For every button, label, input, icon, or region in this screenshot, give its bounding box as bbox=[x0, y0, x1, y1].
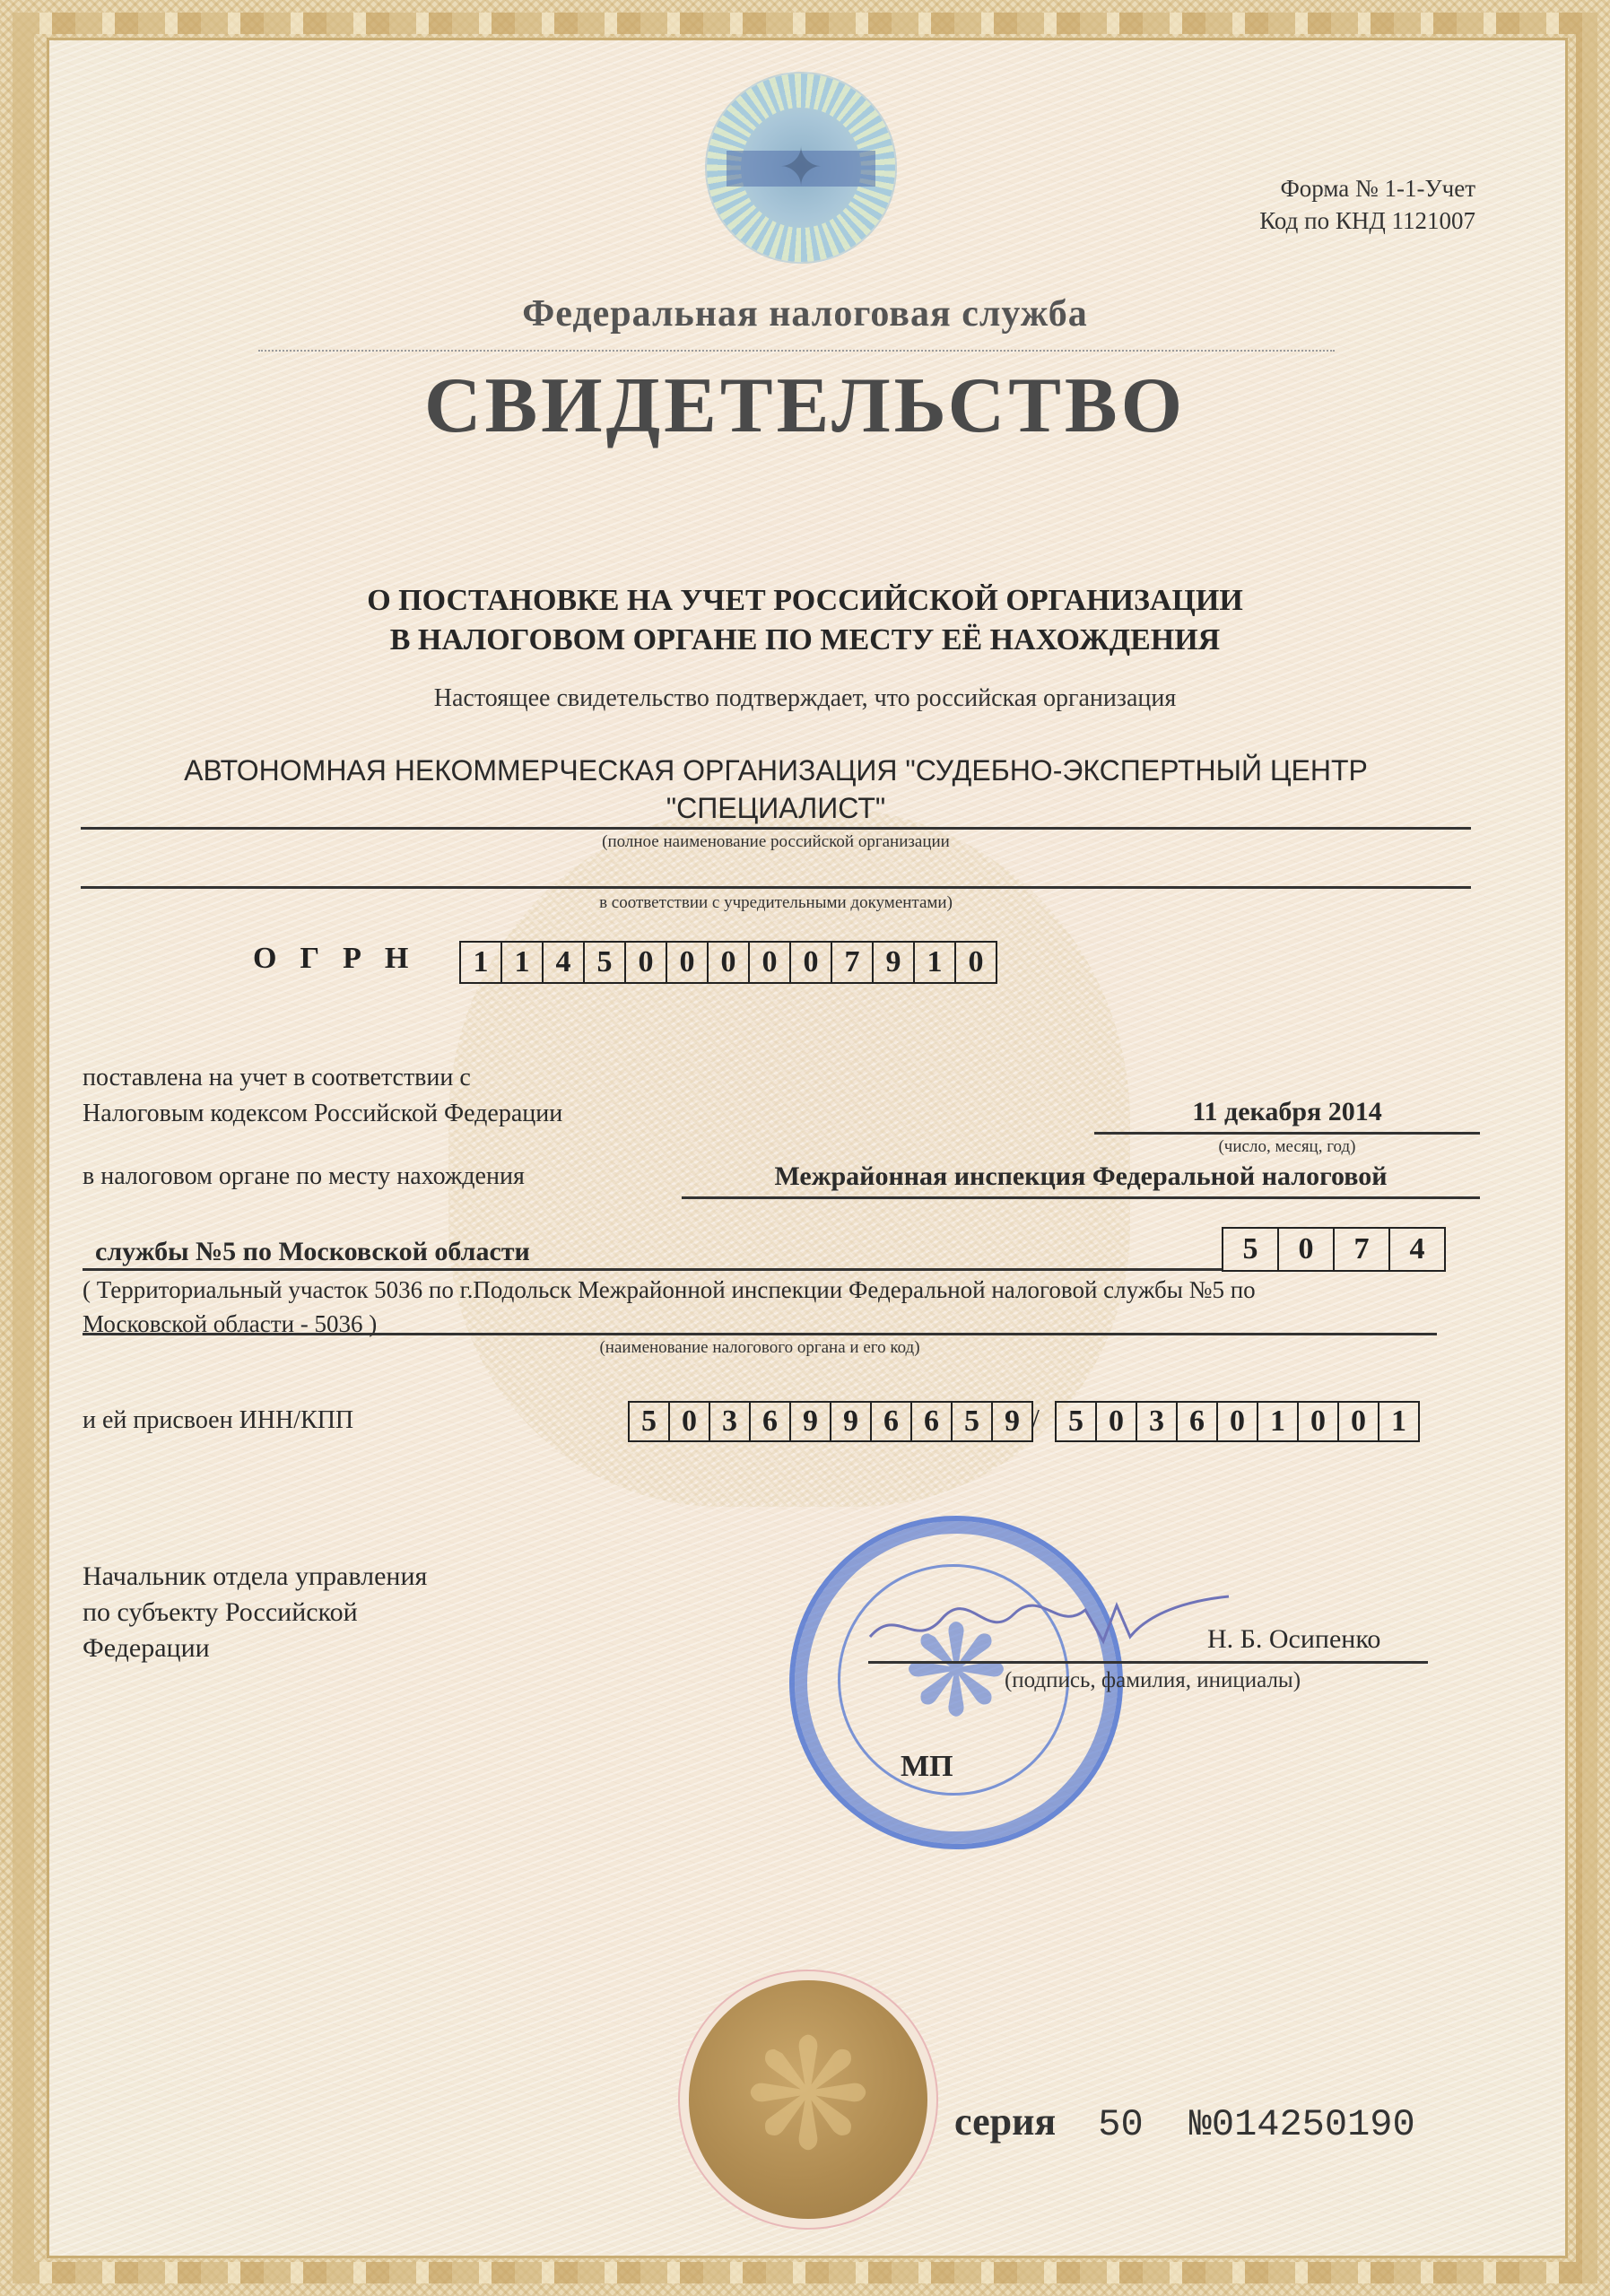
form-number: Форма № 1-1-Учет bbox=[1259, 172, 1475, 204]
digit-cell: 4 bbox=[544, 943, 585, 982]
digit-cell: 0 bbox=[1339, 1403, 1379, 1440]
digit-cell: 0 bbox=[626, 943, 667, 982]
date-underline bbox=[1094, 1132, 1480, 1135]
form-meta: Форма № 1-1-Учет Код по КНД 1121007 bbox=[1259, 172, 1475, 237]
authority-caption: (наименование налогового органа и его ко… bbox=[83, 1338, 1437, 1358]
digit-cell: 9 bbox=[874, 943, 915, 982]
agency-divider bbox=[258, 350, 1335, 352]
digit-cell: 5 bbox=[585, 943, 626, 982]
agency-name: Федеральная налоговая служба bbox=[0, 292, 1610, 335]
digit-cell: 5 bbox=[1057, 1403, 1097, 1440]
authority-underline bbox=[682, 1196, 1480, 1199]
authority-name-line1: Межрайонная инспекция Федеральной налого… bbox=[682, 1159, 1480, 1195]
digit-cell: 1 bbox=[1379, 1403, 1418, 1440]
digit-cell: 0 bbox=[670, 1403, 710, 1440]
digit-cell: 0 bbox=[1097, 1403, 1137, 1440]
digit-cell: 9 bbox=[993, 1403, 1031, 1440]
digit-cell: 5 bbox=[1223, 1229, 1279, 1270]
russian-eagle-hologram-icon: ✦ bbox=[707, 74, 895, 262]
authority-label: в налоговом органе по месту нахождения bbox=[83, 1159, 525, 1195]
digit-cell: 0 bbox=[1299, 1403, 1339, 1440]
digit-cell: 3 bbox=[1137, 1403, 1178, 1440]
digit-cell: 9 bbox=[791, 1403, 831, 1440]
digit-cell: 1 bbox=[502, 943, 544, 982]
authority-name-line2: службы №5 по Московской области bbox=[95, 1234, 530, 1270]
date-caption: (число, месяц, год) bbox=[1094, 1137, 1480, 1157]
digit-cell: 1 bbox=[915, 943, 956, 982]
org-docs-caption: в соответствии с учредительными документ… bbox=[81, 893, 1471, 913]
digit-cell: 1 bbox=[1258, 1403, 1299, 1440]
inn-digits: 5036996659 bbox=[628, 1401, 1033, 1442]
digit-cell: 3 bbox=[710, 1403, 751, 1440]
serial-value: №014250190 bbox=[1189, 2103, 1415, 2146]
registration-date: 11 декабря 2014 bbox=[1094, 1094, 1480, 1130]
org-docs-underline bbox=[81, 886, 1471, 889]
gold-eagle-seal-icon: ❋ bbox=[689, 1980, 927, 2219]
organization-name: АВТОНОМНАЯ НЕКОММЕРЧЕСКАЯ ОРГАНИЗАЦИЯ "С… bbox=[81, 752, 1471, 827]
digit-cell: 6 bbox=[872, 1403, 912, 1440]
digit-cell: 6 bbox=[751, 1403, 791, 1440]
territorial-underline bbox=[83, 1333, 1437, 1335]
digit-cell: 0 bbox=[1279, 1229, 1335, 1270]
digit-cell: 0 bbox=[956, 943, 996, 982]
serial-number: серия 50 №014250190 bbox=[954, 2099, 1415, 2146]
stamp-mark: МП bbox=[901, 1749, 953, 1785]
territorial-note-line2: Московской области - 5036 ) bbox=[83, 1306, 377, 1342]
digit-cell: 5 bbox=[953, 1403, 993, 1440]
document-subtitle: О ПОСТАНОВКЕ НА УЧЕТ РОССИЙСКОЙ ОРГАНИЗА… bbox=[0, 581, 1610, 660]
digit-cell: 6 bbox=[1178, 1403, 1218, 1440]
series-value: 50 bbox=[1098, 2103, 1143, 2146]
registration-line2: Налоговым кодексом Российской Федерации bbox=[83, 1096, 562, 1132]
ogrn-digits: 1145000007910 bbox=[459, 941, 997, 984]
digit-cell: 0 bbox=[667, 943, 709, 982]
signature-icon bbox=[861, 1587, 1238, 1659]
digit-cell: 4 bbox=[1390, 1229, 1444, 1270]
digit-cell: 0 bbox=[791, 943, 832, 982]
inn-kpp-label: и ей присвоен ИНН/КПП bbox=[83, 1403, 353, 1439]
digit-cell: 0 bbox=[750, 943, 791, 982]
digit-cell: 0 bbox=[709, 943, 750, 982]
digit-cell: 6 bbox=[912, 1403, 953, 1440]
registration-line1: поставлена на учет в соответствии с bbox=[83, 1060, 471, 1096]
org-name-caption: (полное наименование российской организа… bbox=[81, 832, 1471, 852]
inn-kpp-separator: / bbox=[1031, 1401, 1040, 1437]
digit-cell: 7 bbox=[1335, 1229, 1390, 1270]
digit-cell: 1 bbox=[461, 943, 502, 982]
confirm-text: Настоящее свидетельство подтверждает, чт… bbox=[0, 684, 1610, 713]
signatory-name: Н. Б. Осипенко bbox=[1207, 1622, 1380, 1657]
digit-cell: 5 bbox=[630, 1403, 670, 1440]
ogrn-label: ОГРН bbox=[253, 942, 431, 976]
signature-underline bbox=[868, 1661, 1428, 1664]
digit-cell: 0 bbox=[1218, 1403, 1258, 1440]
kpp-digits: 503601001 bbox=[1055, 1401, 1420, 1442]
series-label: серия bbox=[954, 2100, 1056, 2144]
org-name-underline bbox=[81, 827, 1471, 830]
authority-code: 5074 bbox=[1222, 1227, 1446, 1272]
digit-cell: 9 bbox=[831, 1403, 872, 1440]
digit-cell: 7 bbox=[832, 943, 874, 982]
territorial-note-line1: ( Территориальный участок 5036 по г.Подо… bbox=[83, 1272, 1256, 1308]
document-title: СВИДЕТЕЛЬСТВО bbox=[0, 361, 1610, 451]
knd-code: Код по КНД 1121007 bbox=[1259, 204, 1475, 237]
signatory-position: Начальник отдела управления по субъекту … bbox=[83, 1559, 427, 1666]
signature-caption: (подпись, фамилия, инициалы) bbox=[951, 1668, 1354, 1693]
authority-line2-underline bbox=[83, 1268, 1222, 1271]
